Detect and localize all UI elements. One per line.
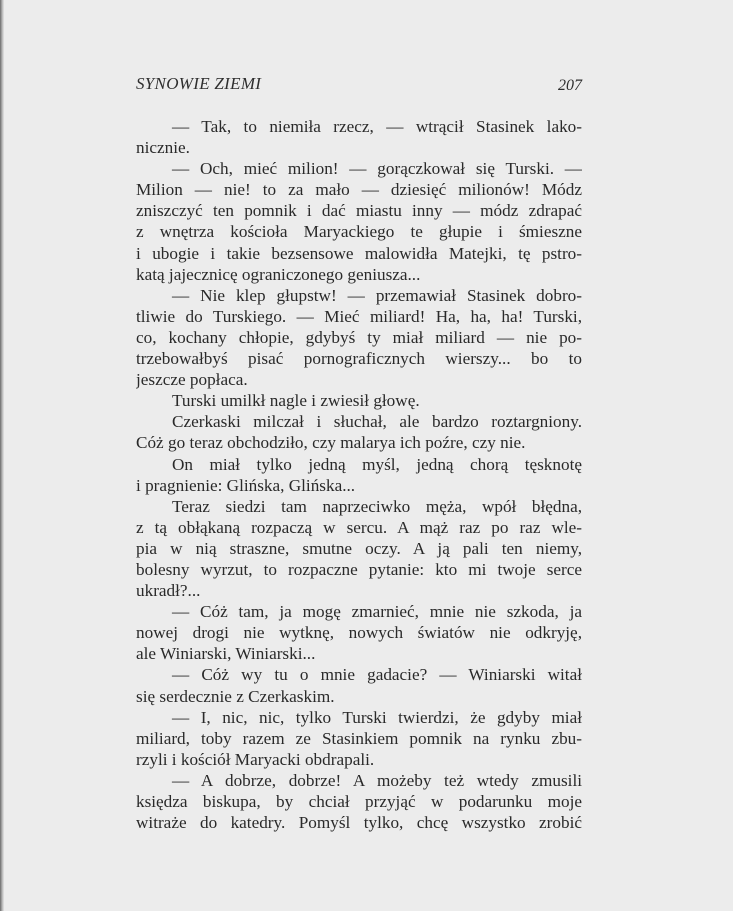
text-line: — Cóż wy tu o mnie gadacie? — Winiarski … [136,664,582,685]
running-title: SYNOWIE ZIEMI [136,74,261,94]
text-line: Turski umilkł nagle i zwiesił głowę. [136,390,582,411]
body-text: — Tak, to niemiła rzecz, — wtrącił Stasi… [136,116,582,833]
text-line: — I, nic, nic, tylko Turski twierdzi, że… [136,707,582,728]
text-line: rzyli i kościół Maryacki obdrapali. [136,749,582,770]
text-line: z tą obłąkaną rozpaczą w sercu. A mąż ra… [136,517,582,538]
text-line: — A dobrze, dobrze! A możeby też wtedy z… [136,770,582,791]
text-line: zniszczyć ten pomnik i dać miastu inny —… [136,200,582,221]
text-line: i pragnienie: Glińska, Glińska... [136,475,582,496]
text-line: się serdecznie z Czerkaskim. [136,686,582,707]
text-line: trzebowałbyś pisać pornograficznych wier… [136,348,582,369]
text-line: On miał tylko jedną myśl, jedną chorą tę… [136,454,582,475]
text-line: i ubogie i takie bezsensowe malowidła Ma… [136,243,582,264]
text-line: katą jajecznicę ograniczonego geniusza..… [136,264,582,285]
text-line: tliwie do Turskiego. — Mieć miliard! Ha,… [136,306,582,327]
text-line: Milion — nie! to za mało — dziesięć mili… [136,179,582,200]
text-line: ale Winiarski, Winiarski... [136,643,582,664]
text-line: pia w nią straszne, smutne oczy. A ją pa… [136,538,582,559]
text-line: — Nie klep głupstw! — przemawiał Stasine… [136,285,582,306]
text-line: — Och, mieć milion! — gorączkował się Tu… [136,158,582,179]
text-line: Teraz siedzi tam naprzeciwko męża, wpół … [136,496,582,517]
text-line: Czerkaski milczał i słuchał, ale bardzo … [136,411,582,432]
text-line: bolesny wyrzut, to rozpaczne pytanie: kt… [136,559,582,580]
text-line: nowej drogi nie wytknę, nowych światów n… [136,622,582,643]
text-line: miliard, toby razem ze Stasinkiem pomnik… [136,728,582,749]
text-line: nicznie. [136,137,582,158]
page-number: 207 [558,77,582,95]
text-line: z wnętrza kościoła Maryackiego te głupie… [136,221,582,242]
text-line: witraże do katedry. Pomyśl tylko, chcę w… [136,812,582,833]
page-edge-shadow [0,0,4,911]
text-line: jeszcze popłaca. [136,369,582,390]
text-line: ukradł?... [136,580,582,601]
page-header: SYNOWIE ZIEMI 207 [136,74,582,96]
text-line: co, kochany chłopie, gdybyś ty miał mili… [136,327,582,348]
text-line: księdza biskupa, by chciał przyjąć w pod… [136,791,582,812]
text-line: — Cóż tam, ja mogę zmarnieć, mnie nie sz… [136,601,582,622]
text-line: Cóż go teraz obchodziło, czy malarya ich… [136,432,582,453]
text-line: — Tak, to niemiła rzecz, — wtrącił Stasi… [136,116,582,137]
